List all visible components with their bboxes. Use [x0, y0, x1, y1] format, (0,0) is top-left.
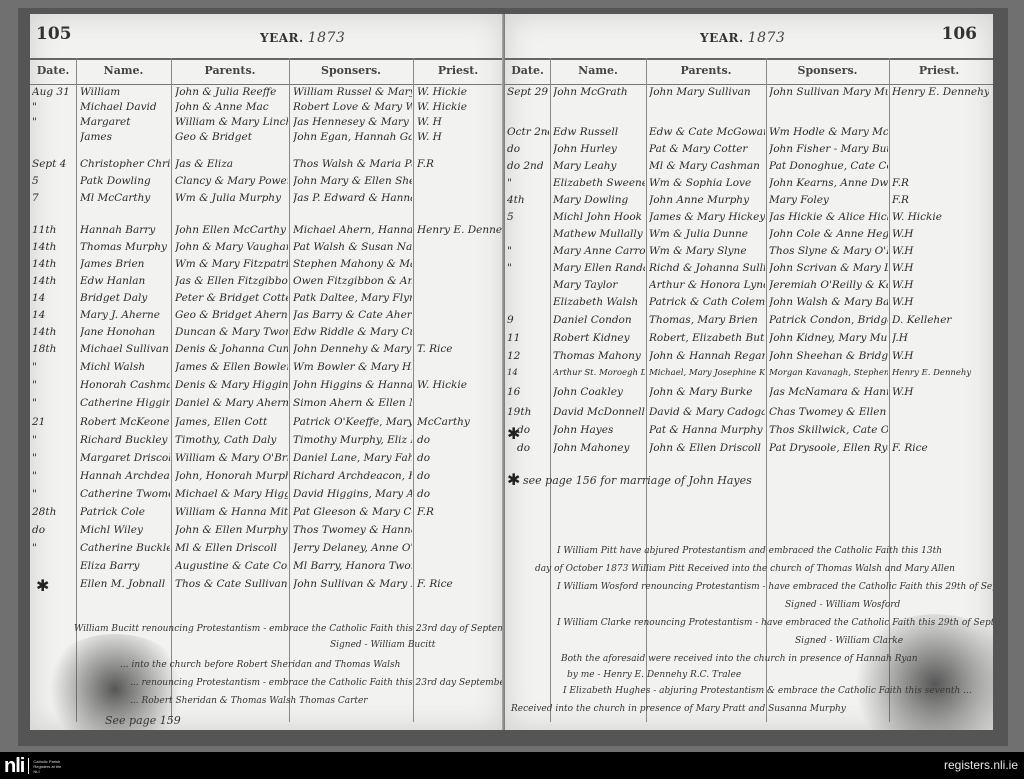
- entry-parents: Augustine & Cate Collins: [175, 560, 288, 572]
- register-page-106: 106 YEAR.1873 Date. Name. Parents. Spons…: [505, 14, 993, 730]
- entry-sponsors: John Kearns, Anne Dwyer: [769, 177, 888, 189]
- entry-parents: Wm & Julia Murphy: [175, 192, 288, 204]
- register-entry: "Richard BuckleyTimothy, Cath DalyTimoth…: [30, 434, 505, 450]
- entry-name: Mary Taylor: [553, 279, 645, 291]
- column-header-parents: Parents.: [646, 64, 766, 77]
- register-entry: 9Daniel CondonThomas, Mary BrienPatrick …: [505, 314, 993, 330]
- header-rule: [505, 58, 993, 60]
- entry-date: do: [32, 524, 74, 536]
- register-entry: "Michl WalshJames & Ellen BowlerWm Bowle…: [30, 361, 505, 377]
- register-entry: 14Bridget DalyPeter & Bridget CotterPatk…: [30, 292, 505, 308]
- column-header-priest: Priest.: [413, 64, 503, 77]
- ink-smudge: [40, 634, 190, 730]
- register-entry: "Catherine TwomeyMichael & Mary HigginsD…: [30, 488, 505, 504]
- entry-date: 14th: [32, 241, 74, 253]
- entry-parents: Pat & Mary Cotter: [649, 143, 765, 155]
- entry-name: John Mahoney: [553, 442, 645, 454]
- entry-date: 21: [32, 416, 74, 428]
- entry-priest: W.H: [892, 279, 989, 291]
- header-rule: [30, 58, 505, 60]
- entry-name: Margaret: [80, 116, 170, 128]
- entry-sponsors: Stephen Mahony & Mary Twohig: [293, 258, 412, 270]
- entry-date: 28th: [32, 506, 74, 518]
- conversion-note: day of October 1873 William Pitt Receive…: [535, 564, 955, 574]
- entry-sponsors: John Scrivan & Mary Leonard: [769, 262, 888, 274]
- entry-parents: John & Ellen Murphy: [175, 524, 288, 536]
- entry-name: Patk Dowling: [80, 175, 170, 187]
- register-entry: Sept 4Christopher ChristyJas & ElizaThos…: [30, 158, 505, 174]
- entry-priest: Henry E. Dennehy: [417, 224, 502, 236]
- entry-sponsors: Jeremiah O'Reilly & Kate Staith: [769, 279, 888, 291]
- register-entry: Mary TaylorArthur & Honora LynchJeremiah…: [505, 279, 993, 295]
- entry-name: Michael David: [80, 101, 170, 113]
- entry-parents: Pat & Hanna Murphy: [649, 424, 765, 436]
- entry-name: Ml McCarthy: [80, 192, 170, 204]
- entry-sponsors: Simon Ahern & Ellen McCarthy: [293, 397, 412, 409]
- entry-sponsors: Jas P. Edward & Hanna Clifford: [293, 192, 412, 204]
- entry-date: 14th: [32, 258, 74, 270]
- entry-sponsors: John Dennehy & Mary Whiting: [293, 343, 412, 355]
- entry-name: Mathew Mullally: [553, 228, 645, 240]
- entry-sponsors: Mary Foley: [769, 194, 888, 206]
- entry-name: Mary Dowling: [553, 194, 645, 206]
- register-entry: Aug 31WilliamJohn & Julia ReeffeWilliam …: [30, 86, 505, 102]
- entry-parents: William & Mary O'Brien: [175, 452, 288, 464]
- register-entry: Sept 29John McGrathJohn Mary SullivanJoh…: [505, 86, 993, 102]
- entry-date: 12: [507, 350, 549, 362]
- entry-date: 18th: [32, 343, 74, 355]
- entry-date: ": [32, 452, 74, 464]
- entry-priest: F. Rice: [892, 442, 989, 454]
- entry-date: 11: [507, 332, 549, 344]
- entry-parents: Geo & Bridget: [175, 131, 288, 143]
- entry-sponsors: Pat Walsh & Susan Nagle: [293, 241, 412, 253]
- page-number: 105: [36, 24, 72, 44]
- entry-parents: Daniel & Mary Ahern: [175, 397, 288, 409]
- entry-parents: John, Honorah Murphy: [175, 470, 288, 482]
- register-entry: "Michael DavidJohn & Anne MacRobert Love…: [30, 101, 505, 117]
- entry-date: ": [32, 542, 74, 554]
- entry-priest: do: [417, 452, 502, 464]
- column-header-name: Name.: [550, 64, 646, 77]
- entry-sponsors: Owen Fitzgibbon & Anne Dynan: [293, 275, 412, 287]
- register-entry: Elizabeth WalshPatrick & Cath ColemanJoh…: [505, 296, 993, 312]
- entry-priest: do: [417, 470, 502, 482]
- year-value: 1873: [308, 30, 346, 46]
- entry-sponsors: John Sullivan Mary Mulcahy: [769, 86, 888, 98]
- register-entry: 4thMary DowlingJohn Anne MurphyMary Fole…: [505, 194, 993, 210]
- entry-priest: W. Hickie: [892, 211, 989, 223]
- entry-name: Bridget Daly: [80, 292, 170, 304]
- entry-parents: James & Mary Hickey: [649, 211, 765, 223]
- entry-sponsors: John Sullivan & Mary Leary: [293, 578, 412, 590]
- entry-date: ": [32, 361, 74, 373]
- register-entry: Ellen M. JobnallThos & Cate SullivanJohn…: [30, 578, 505, 594]
- entry-date: ": [32, 101, 74, 113]
- entry-sponsors: John Higgins & Hannah Cashman: [293, 379, 412, 391]
- entry-name: Edw Russell: [553, 126, 645, 138]
- register-entry: doJohn HurleyPat & Mary CotterJohn Fishe…: [505, 143, 993, 159]
- entry-date: ": [32, 470, 74, 482]
- register-entry: "Mary Ellen RandalRichd & Johanna Sulliv…: [505, 262, 993, 278]
- entry-sponsors: Thos Slyne & Mary O'Keeffe: [769, 245, 888, 257]
- conversion-note: William Bucitt renouncing Protestantism …: [74, 624, 505, 634]
- register-entry: "Elizabeth SweeneyWm & Sophia LoveJohn K…: [505, 177, 993, 193]
- entry-priest: W.H: [892, 386, 989, 398]
- entry-priest: W. Hickie: [417, 86, 502, 98]
- entry-parents: Thomas, Mary Brien: [649, 314, 765, 326]
- entry-priest: do: [417, 488, 502, 500]
- register-entry: 14thEdw HanlanJas & Ellen FitzgibbonOwen…: [30, 275, 505, 291]
- entry-date: ": [507, 262, 549, 274]
- entry-parents: Michael, Mary Josephine Kavanagh: [649, 368, 765, 378]
- entry-sponsors: John Egan, Hannah Galvin: [293, 131, 412, 143]
- entry-parents: Patrick & Cath Coleman: [649, 296, 765, 308]
- entry-priest: F. Rice: [417, 578, 502, 590]
- entry-date: 14: [32, 292, 74, 304]
- entry-sponsors: William Russel & Mary: [293, 86, 412, 98]
- register-entry: do 2ndMary LeahyMl & Mary CashmanPat Don…: [505, 160, 993, 176]
- entry-name: Mary Anne Carroll: [553, 245, 645, 257]
- entry-sponsors: Jas McNamara & Hanna Burke: [769, 386, 888, 398]
- entry-priest: F.R: [892, 177, 989, 189]
- entry-name: Margaret Driscoll: [80, 452, 170, 464]
- entry-date: ": [32, 488, 74, 500]
- entry-parents: William & Mary Linchan: [175, 116, 288, 128]
- entry-priest: W.H: [892, 350, 989, 362]
- entry-date: 16: [507, 386, 549, 398]
- entry-parents: Timothy, Cath Daly: [175, 434, 288, 446]
- entry-parents: Jas & Eliza: [175, 158, 288, 170]
- margin-note: see page 156 for marriage of John Hayes: [523, 474, 752, 487]
- entry-name: Thomas Murphy: [80, 241, 170, 253]
- conversion-note: Signed - William Bucitt: [330, 640, 435, 650]
- entry-priest: W. Hickie: [417, 379, 502, 391]
- entry-date: Octr 2nd: [507, 126, 549, 138]
- entry-priest: D. Kelleher: [892, 314, 989, 326]
- entry-date: 14th: [32, 326, 74, 338]
- nli-logo-text: Catholic Parish Registers at the NLI: [33, 759, 65, 774]
- year-header: YEAR.1873: [700, 30, 785, 46]
- entry-priest: W.H: [892, 262, 989, 274]
- entry-date: Sept 4: [32, 158, 74, 170]
- entry-parents: Wm & Sophia Love: [649, 177, 765, 189]
- conversion-note: I William Wosford renouncing Protestanti…: [557, 582, 993, 592]
- conversion-note: Received into the church in presence of …: [511, 704, 846, 714]
- entry-sponsors: Wm Hodle & Mary McGowan: [769, 126, 888, 138]
- entry-name: Michael Sullivan: [80, 343, 170, 355]
- entry-date: 14: [32, 309, 74, 321]
- entry-date: 4th: [507, 194, 549, 206]
- entry-name: Christopher Christy: [80, 158, 170, 170]
- register-entry: doJohn MahoneyJohn & Ellen DriscollPat D…: [505, 442, 993, 458]
- entry-parents: Peter & Bridget Cotter: [175, 292, 288, 304]
- register-entry: "Margaret DriscollWilliam & Mary O'Brien…: [30, 452, 505, 468]
- entry-date: 7: [32, 192, 74, 204]
- entry-priest: F.R: [417, 158, 502, 170]
- entry-name: Patrick Cole: [80, 506, 170, 518]
- register-entry: Mathew MullallyWm & Julia DunneJohn Cole…: [505, 228, 993, 244]
- entry-name: James Brien: [80, 258, 170, 270]
- entry-sponsors: Pat Donoghue, Cate Cotter: [769, 160, 888, 172]
- entry-parents: Geo & Bridget Ahern: [175, 309, 288, 321]
- entry-parents: Edw & Cate McGowan: [649, 126, 765, 138]
- conversion-note: by me - Henry E. Dennehy R.C. Tralee: [567, 670, 741, 680]
- column-header-parents: Parents.: [171, 64, 289, 77]
- entry-date: ": [32, 116, 74, 128]
- entry-sponsors: Timothy Murphy, Eliz Buckley: [293, 434, 412, 446]
- entry-date: Aug 31: [32, 86, 74, 98]
- entry-name: Robert Kidney: [553, 332, 645, 344]
- entry-parents: James & Ellen Bowler: [175, 361, 288, 373]
- entry-priest: F.R: [892, 194, 989, 206]
- entry-priest: W.H: [892, 228, 989, 240]
- register-entry: 11Robert KidneyRobert, Elizabeth ButlerJ…: [505, 332, 993, 348]
- asterisk-mark: ✱: [36, 576, 49, 595]
- entry-parents: Duncan & Mary Twomey: [175, 326, 288, 338]
- entry-priest: T. Rice: [417, 343, 502, 355]
- logo-divider: [28, 758, 29, 774]
- entry-priest: Henry E. Dennehy: [892, 368, 989, 378]
- entry-sponsors: John Fisher - Mary Butler: [769, 143, 888, 155]
- footer-bar: nli Catholic Parish Registers at the NLI…: [0, 752, 1024, 779]
- register-entry: 11thHannah BarryJohn Ellen McCarthyMicha…: [30, 224, 505, 240]
- register-entry: 19thDavid McDonnellDavid & Mary CadoganC…: [505, 406, 993, 422]
- year-value: 1873: [748, 30, 786, 46]
- entry-parents: Wm & Mary Fitzpatrick: [175, 258, 288, 270]
- entry-name: Hannah Barry: [80, 224, 170, 236]
- registers-site-link[interactable]: registers.nli.ie: [944, 758, 1018, 772]
- entry-date: ": [507, 245, 549, 257]
- entry-date: 5: [507, 211, 549, 223]
- register-entry: 28thPatrick ColeWilliam & Hanna Mitchell…: [30, 506, 505, 522]
- register-entry: 16John CoakleyJohn & Mary BurkeJas McNam…: [505, 386, 993, 402]
- entry-sponsors: John Kidney, Mary Murphy: [769, 332, 888, 344]
- column-header-date: Date.: [30, 64, 76, 77]
- entry-parents: Michael & Mary Higgins: [175, 488, 288, 500]
- entry-parents: Ml & Mary Cashman: [649, 160, 765, 172]
- entry-parents: Arthur & Honora Lynch: [649, 279, 765, 291]
- entry-priest: W. Hickie: [417, 101, 502, 113]
- entry-sponsors: John Mary & Ellen Sheehan: [293, 175, 412, 187]
- entry-parents: Thos & Cate Sullivan: [175, 578, 288, 590]
- entry-sponsors: John Cole & Anne Hegarty: [769, 228, 888, 240]
- entry-priest: W.H: [892, 296, 989, 308]
- entry-date: do: [517, 442, 549, 454]
- entry-name: Mary Ellen Randal: [553, 262, 645, 274]
- column-header-priest: Priest.: [889, 64, 989, 77]
- register-entry: Eliza BarryAugustine & Cate CollinsMl Ba…: [30, 560, 505, 576]
- entry-parents: John & Anne Mac: [175, 101, 288, 113]
- entry-sponsors: Thos Twomey & Hanna Butler: [293, 524, 412, 536]
- entry-sponsors: Daniel Lane, Mary Fahy: [293, 452, 412, 464]
- header-rule: [505, 84, 993, 85]
- entry-parents: John & Hannah Regan: [649, 350, 765, 362]
- register-page-105: 105 YEAR.1873 Date. Name. Parents. Spons…: [30, 14, 505, 730]
- entry-priest: McCarthy: [417, 416, 502, 428]
- entry-sponsors: David Higgins, Mary Ann Baig: [293, 488, 412, 500]
- conversion-note: Signed - William Wosford: [785, 600, 900, 610]
- register-entry: "Honorah CashmanDenis & Mary HigginsJohn…: [30, 379, 505, 395]
- entry-sponsors: Patrick O'Keeffe, Mary Olden: [293, 416, 412, 428]
- entry-date: 14th: [32, 275, 74, 287]
- entry-sponsors: Patk Daltee, Mary Flynn: [293, 292, 412, 304]
- entry-sponsors: Chas Twomey & Ellen Downey: [769, 406, 888, 418]
- entry-date: ": [32, 434, 74, 446]
- entry-sponsors: Patrick Condon, Bridget Brien: [769, 314, 888, 326]
- year-label: YEAR.: [260, 31, 304, 45]
- entry-parents: John Anne Murphy: [649, 194, 765, 206]
- entry-sponsors: Jas Hickie & Alice Hickie: [769, 211, 888, 223]
- register-entry: 5Michl John HookJames & Mary HickeyJas H…: [505, 211, 993, 227]
- entry-sponsors: Robert Love & Mary Walsh: [293, 101, 412, 113]
- entry-name: Mary Leahy: [553, 160, 645, 172]
- entry-parents: John & Mary Burke: [649, 386, 765, 398]
- register-entry: 14Arthur St. Moroegh DevalanMichael, Mar…: [505, 368, 993, 384]
- entry-name: James: [80, 131, 170, 143]
- register-entry: 5Patk DowlingClancy & Mary PowerJohn Mar…: [30, 175, 505, 191]
- register-entry: 21Robert McKeoneJames, Ellen CottPatrick…: [30, 416, 505, 432]
- nli-logo[interactable]: nli Catholic Parish Registers at the NLI: [4, 757, 65, 775]
- entry-parents: John Ellen McCarthy: [175, 224, 288, 236]
- entry-sponsors: Thos Walsh & Maria Payne: [293, 158, 412, 170]
- entry-name: Elizabeth Walsh: [553, 296, 645, 308]
- entry-date: 19th: [507, 406, 549, 418]
- entry-sponsors: John Sheehan & Bridget Sullivan: [769, 350, 888, 362]
- year-header: YEAR.1873: [260, 30, 345, 46]
- entry-parents: Jas & Ellen Fitzgibbon: [175, 275, 288, 287]
- entry-sponsors: Pat Drysoole, Ellen Ryan: [769, 442, 888, 454]
- entry-sponsors: Thos Skillwick, Cate O'Brien: [769, 424, 888, 436]
- entry-parents: Wm & Julia Dunne: [649, 228, 765, 240]
- entry-name: John McGrath: [553, 86, 645, 98]
- register-entry: 14thJames BrienWm & Mary FitzpatrickStep…: [30, 258, 505, 274]
- register-entry: "Mary Anne CarrollWm & Mary SlyneThos Sl…: [505, 245, 993, 261]
- entry-name: Michl Wiley: [80, 524, 170, 536]
- entry-sponsors: Jas Barry & Cate Ahern: [293, 309, 412, 321]
- column-header-sponsors: Sponsers.: [289, 64, 413, 77]
- entry-name: John Hayes: [553, 424, 645, 436]
- column-header-date: Date.: [505, 64, 550, 77]
- column-header-name: Name.: [76, 64, 171, 77]
- entry-name: Eliza Barry: [80, 560, 170, 572]
- entry-sponsors: John Walsh & Mary Barry: [769, 296, 888, 308]
- register-entry: "Hannah ArchdeaconJohn, Honorah MurphyRi…: [30, 470, 505, 486]
- entry-priest: do: [417, 434, 502, 446]
- register-entry: 14thJane HonohanDuncan & Mary TwomeyEdw …: [30, 326, 505, 342]
- entry-priest: W. H: [417, 116, 502, 128]
- entry-priest: Henry E. Dennehy: [892, 86, 989, 98]
- entry-priest: J.H: [892, 332, 989, 344]
- page-number: 106: [942, 24, 978, 44]
- entry-sponsors: Edw Riddle & Mary Cullinane: [293, 326, 412, 338]
- entry-sponsors: Pat Gleeson & Mary Cotter: [293, 506, 412, 518]
- entry-name: Mary J. Aherne: [80, 309, 170, 321]
- header-rule: [30, 84, 505, 85]
- entry-parents: Richd & Johanna Sullivan: [649, 262, 765, 274]
- entry-parents: Clancy & Mary Power: [175, 175, 288, 187]
- entry-parents: James, Ellen Cott: [175, 416, 288, 428]
- entry-sponsors: Michael Ahern, Hannah Flynn: [293, 224, 412, 236]
- column-header-sponsors: Sponsers.: [766, 64, 889, 77]
- entry-priest: F.R: [417, 506, 502, 518]
- entry-sponsors: Richard Archdeacon, Hannah Murphy: [293, 470, 412, 482]
- register-entry: "Catherine HigginsDaniel & Mary AhernSim…: [30, 397, 505, 413]
- entry-parents: John & Mary Vaughan: [175, 241, 288, 253]
- entry-name: John Hurley: [553, 143, 645, 155]
- entry-date: do 2nd: [507, 160, 549, 172]
- entry-date: 9: [507, 314, 549, 326]
- asterisk-mark: ✱: [507, 470, 520, 489]
- register-entry: "MargaretWilliam & Mary LinchanJas Henne…: [30, 116, 505, 132]
- entry-sponsors: Jerry Delaney, Anne O'Driscoll: [293, 542, 412, 554]
- entry-name: William: [80, 86, 170, 98]
- conversion-note: I William Pitt have abjured Protestantis…: [557, 546, 942, 556]
- register-entry: doJohn HayesPat & Hanna MurphyThos Skill…: [505, 424, 993, 440]
- entry-priest: W.H: [892, 245, 989, 257]
- entry-parents: Robert, Elizabeth Butler: [649, 332, 765, 344]
- register-entry: 7Ml McCarthyWm & Julia MurphyJas P. Edwa…: [30, 192, 505, 208]
- entry-parents: John & Ellen Driscoll: [649, 442, 765, 454]
- entry-parents: David & Mary Cadogan: [649, 406, 765, 418]
- entry-parents: John Mary Sullivan: [649, 86, 765, 98]
- entry-sponsors: Ml Barry, Hanora Twomey: [293, 560, 412, 572]
- entry-date: ": [507, 177, 549, 189]
- entry-parents: Ml & Ellen Driscoll: [175, 542, 288, 554]
- register-entry: 14thThomas MurphyJohn & Mary VaughanPat …: [30, 241, 505, 257]
- entry-sponsors: Morgan Kavanagh, Stephen Kavanagh: [769, 368, 888, 378]
- entry-name: Edw Hanlan: [80, 275, 170, 287]
- entry-name: Michl John Hook: [553, 211, 645, 223]
- entry-parents: John & Julia Reeffe: [175, 86, 288, 98]
- register-image-viewer: 105 YEAR.1873 Date. Name. Parents. Spons…: [0, 0, 1024, 752]
- entry-name: Honorah Cashman: [80, 379, 170, 391]
- register-entry: JamesGeo & BridgetJohn Egan, Hannah Galv…: [30, 131, 505, 147]
- entry-priest: W. H: [417, 131, 502, 143]
- entry-date: 5: [32, 175, 74, 187]
- entry-date: do: [507, 143, 549, 155]
- entry-name: Catherine Buckley: [80, 542, 170, 554]
- nli-logo-mark: nli: [4, 757, 24, 775]
- entry-name: Richard Buckley: [80, 434, 170, 446]
- entry-name: Ellen M. Jobnall: [80, 578, 170, 590]
- entry-name: Hannah Archdeacon: [80, 470, 170, 482]
- entry-date: do: [517, 424, 549, 436]
- year-label: YEAR.: [700, 31, 744, 45]
- entry-name: David McDonnell: [553, 406, 645, 418]
- entry-sponsors: Wm Bowler & Mary Higgins: [293, 361, 412, 373]
- entry-name: Thomas Mahony: [553, 350, 645, 362]
- entry-date: ": [32, 397, 74, 409]
- entry-parents: Denis & Mary Higgins: [175, 379, 288, 391]
- asterisk-mark: ✱: [507, 424, 520, 443]
- entry-name: Michl Walsh: [80, 361, 170, 373]
- entry-parents: Wm & Mary Slyne: [649, 245, 765, 257]
- register-entry: 12Thomas MahonyJohn & Hannah ReganJohn S…: [505, 350, 993, 366]
- entry-name: Jane Honohan: [80, 326, 170, 338]
- entry-date: 14: [507, 368, 549, 378]
- entry-parents: William & Hanna Mitchell: [175, 506, 288, 518]
- entry-date: ": [32, 379, 74, 391]
- entry-name: Daniel Condon: [553, 314, 645, 326]
- register-entry: 18thMichael SullivanDenis & Johanna Cunn…: [30, 343, 505, 359]
- entry-name: Arthur St. Moroegh Devalan: [553, 368, 645, 378]
- register-entry: 14Mary J. AherneGeo & Bridget AhernJas B…: [30, 309, 505, 325]
- entry-name: John Coakley: [553, 386, 645, 398]
- register-entry: doMichl WileyJohn & Ellen MurphyThos Two…: [30, 524, 505, 540]
- entry-date: Sept 29: [507, 86, 549, 98]
- entry-name: Robert McKeone: [80, 416, 170, 428]
